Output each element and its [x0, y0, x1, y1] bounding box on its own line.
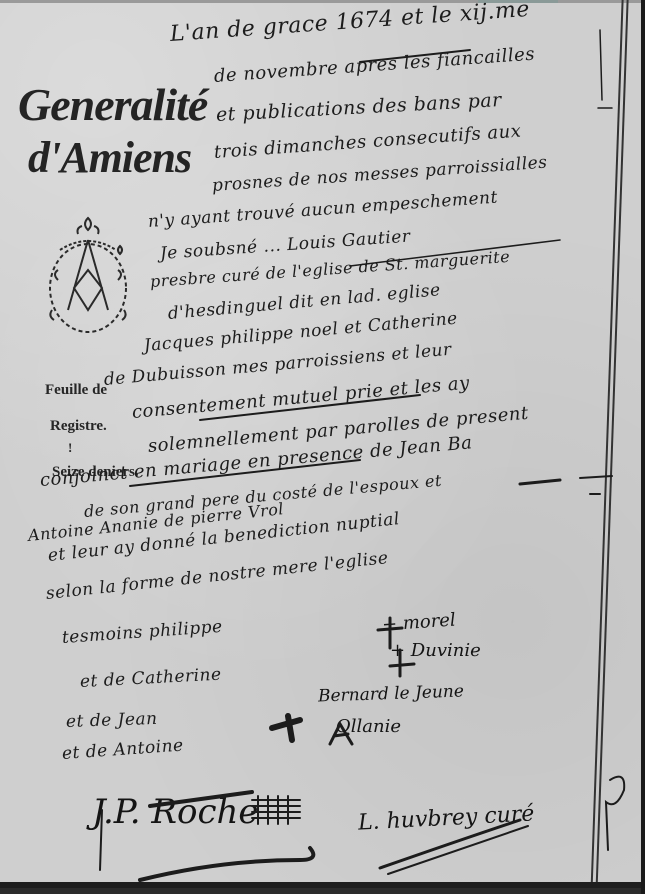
- register-page: Generalité d'Amiens Feuille de Registre.…: [0, 0, 641, 888]
- ink-strokes: [0, 0, 641, 888]
- scan-bottom-border: [0, 882, 641, 888]
- scan-right-border: [641, 0, 645, 894]
